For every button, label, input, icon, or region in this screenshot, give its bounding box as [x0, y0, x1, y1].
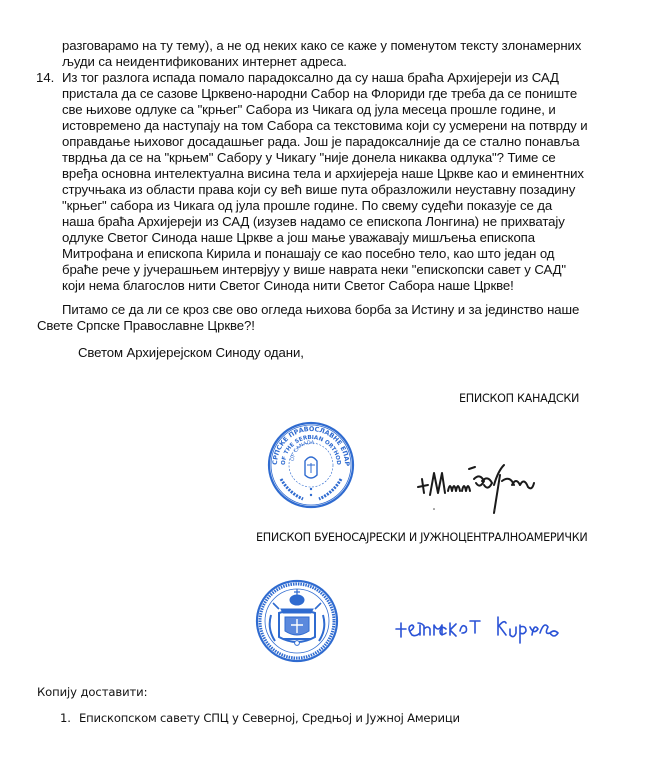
copy-to-item-text: Епископском савету СПЦ у Северној, Средњ… — [79, 710, 460, 726]
item-14-line: Из тог разлога испада помало парадоксалн… — [62, 70, 559, 86]
item-14-line: пристала да се сазове Црквено-народни Са… — [62, 86, 577, 102]
item-14-line: стручњака из области права који су већ в… — [62, 182, 575, 198]
item-14-line: тврдња да се на "крњем" Сабору у Чикагу … — [62, 150, 556, 166]
item-14-number: 14. — [36, 70, 54, 86]
copy-to-label: Копију доставити: — [37, 684, 147, 700]
item-14-line: Митрофана и епископа Кирила и понашају с… — [62, 246, 554, 262]
signatory-1-title: ЕПИСКОП КАНАДСКИ — [459, 391, 579, 407]
question-line-1: Питамо се да ли се кроз све ово огледа њ… — [62, 302, 579, 318]
item-14-line: оправдање њиховог досадашњег рада. Још ј… — [62, 134, 580, 150]
signature-mitrofan-icon — [412, 455, 562, 515]
closing-salutation: Светом Архијерејском Синоду одани, — [78, 345, 304, 361]
item-14-line: вређа основна интелектуална висина тела … — [62, 166, 584, 182]
item-14-line: који нема благослов нити Светог Синода н… — [62, 278, 514, 294]
item-14-line: истовремено да наступају на том Сабора с… — [62, 118, 588, 134]
item-14-line: браће рече у јучерашњем интервјуу у више… — [62, 262, 566, 278]
signatory-2-title: ЕПИСКОП БУЕНОСАЈРЕСКИ И ЈУЖНОЦЕНТРАЛНОАМ… — [256, 530, 587, 546]
signature-kirilo-icon — [390, 605, 590, 655]
item-14-line: одлуке Светог Синода наше Цркве а још ма… — [62, 230, 535, 246]
diocese-canada-seal-icon: СРПСКЕ ПРАВОСЛАВНЕ ЕПАРХИЈЕ OF THE SERBI… — [267, 421, 355, 509]
question-line-2: Свете Српске Православне Цркве?! — [37, 318, 255, 334]
item-14-line: "крњег" сабора из Чикага од јула прошле … — [62, 198, 552, 214]
copy-to-item-number: 1. — [60, 710, 71, 726]
item-14-line: све њихове одлуке са "крњег" Сабора из Ч… — [62, 102, 556, 118]
continuation-line-1: разговарамо на ту тему), а не од неких к… — [62, 38, 581, 54]
item-14-line: наша браћа Архијереји из САД (изузев над… — [62, 214, 565, 230]
continuation-line-2: људи са неидентификованих интернет адрес… — [62, 54, 347, 70]
coat-of-arms-seal-icon — [255, 579, 339, 663]
